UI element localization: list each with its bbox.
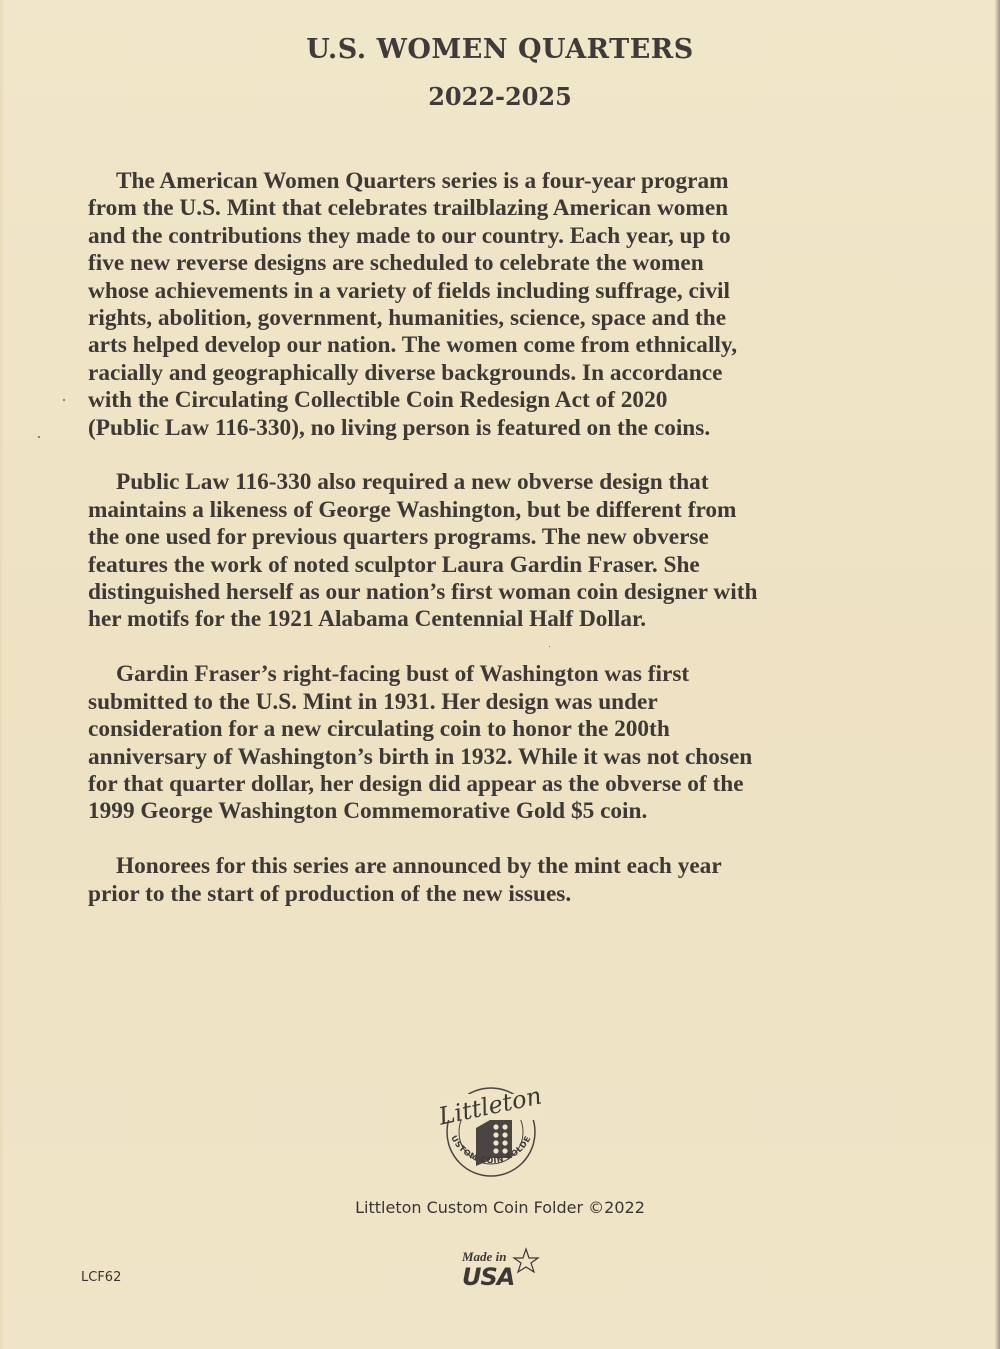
page-subtitle-years: 2022-2025	[0, 82, 1000, 111]
text-line: anniversary of Washington’s birth in 193…	[88, 744, 948, 771]
usa-text: USA	[462, 1263, 514, 1291]
text-line: rights, abolition, government, humanitie…	[88, 305, 948, 332]
text-line: the one used for previous quarters progr…	[88, 524, 948, 551]
paper-speck	[63, 399, 65, 401]
page-edge-left	[0, 0, 4, 1349]
product-code: LCF62	[81, 1270, 121, 1285]
text-line: 1999 George Washington Commemorative Gol…	[88, 798, 948, 825]
page-title: U.S. WOMEN QUARTERS	[0, 34, 1000, 65]
text-line: consideration for a new circulating coin…	[88, 716, 948, 743]
paragraph-history: Gardin Fraser’s right-facing bust of Was…	[88, 661, 948, 825]
text-line: submitted to the U.S. Mint in 1931. Her …	[88, 689, 948, 716]
paper-speck	[549, 646, 550, 647]
text-line: for that quarter dollar, her design did …	[88, 771, 948, 798]
made-in-usa-icon: Made in USA	[460, 1245, 542, 1291]
paragraph-intro: The American Women Quarters series is a …	[88, 168, 948, 442]
text-line: prior to the start of production of the …	[88, 881, 948, 908]
text-line: Public Law 116-330 also required a new o…	[88, 469, 948, 496]
text-line: distinguished herself as our nation’s fi…	[88, 579, 948, 606]
text-line: Honorees for this series are announced b…	[88, 853, 948, 880]
copyright-text: Littleton Custom Coin Folder ©2022	[0, 1198, 1000, 1217]
body-text: The American Women Quarters series is a …	[88, 168, 948, 935]
text-line: with the Circulating Collectible Coin Re…	[88, 387, 948, 414]
document-page: U.S. WOMEN QUARTERS 2022-2025 The Americ…	[0, 0, 1000, 1349]
text-line: features the work of noted sculptor Laur…	[88, 552, 948, 579]
page-edge-right	[995, 0, 1000, 1349]
text-line: her motifs for the 1921 Alabama Centenni…	[88, 606, 948, 633]
text-line: and the contributions they made to our c…	[88, 223, 948, 250]
text-line: from the U.S. Mint that celebrates trail…	[88, 195, 948, 222]
paragraph-obverse: Public Law 116-330 also required a new o…	[88, 469, 948, 633]
made-in-text: Made in	[461, 1249, 506, 1264]
text-line: racially and geographically diverse back…	[88, 360, 948, 387]
littleton-logo-icon: Littleton CUSTOM COIN FOLDER	[432, 1080, 550, 1180]
text-line: whose achievements in a variety of field…	[88, 278, 948, 305]
text-line: arts helped develop our nation. The wome…	[88, 332, 948, 359]
text-line: maintains a likeness of George Washingto…	[88, 497, 948, 524]
text-line: (Public Law 116-330), no living person i…	[88, 415, 948, 442]
paragraph-honorees: Honorees for this series are announced b…	[88, 853, 948, 908]
text-line: The American Women Quarters series is a …	[88, 168, 948, 195]
paper-speck	[38, 436, 40, 438]
text-line: Gardin Fraser’s right-facing bust of Was…	[88, 661, 948, 688]
text-line: five new reverse designs are scheduled t…	[88, 250, 948, 277]
